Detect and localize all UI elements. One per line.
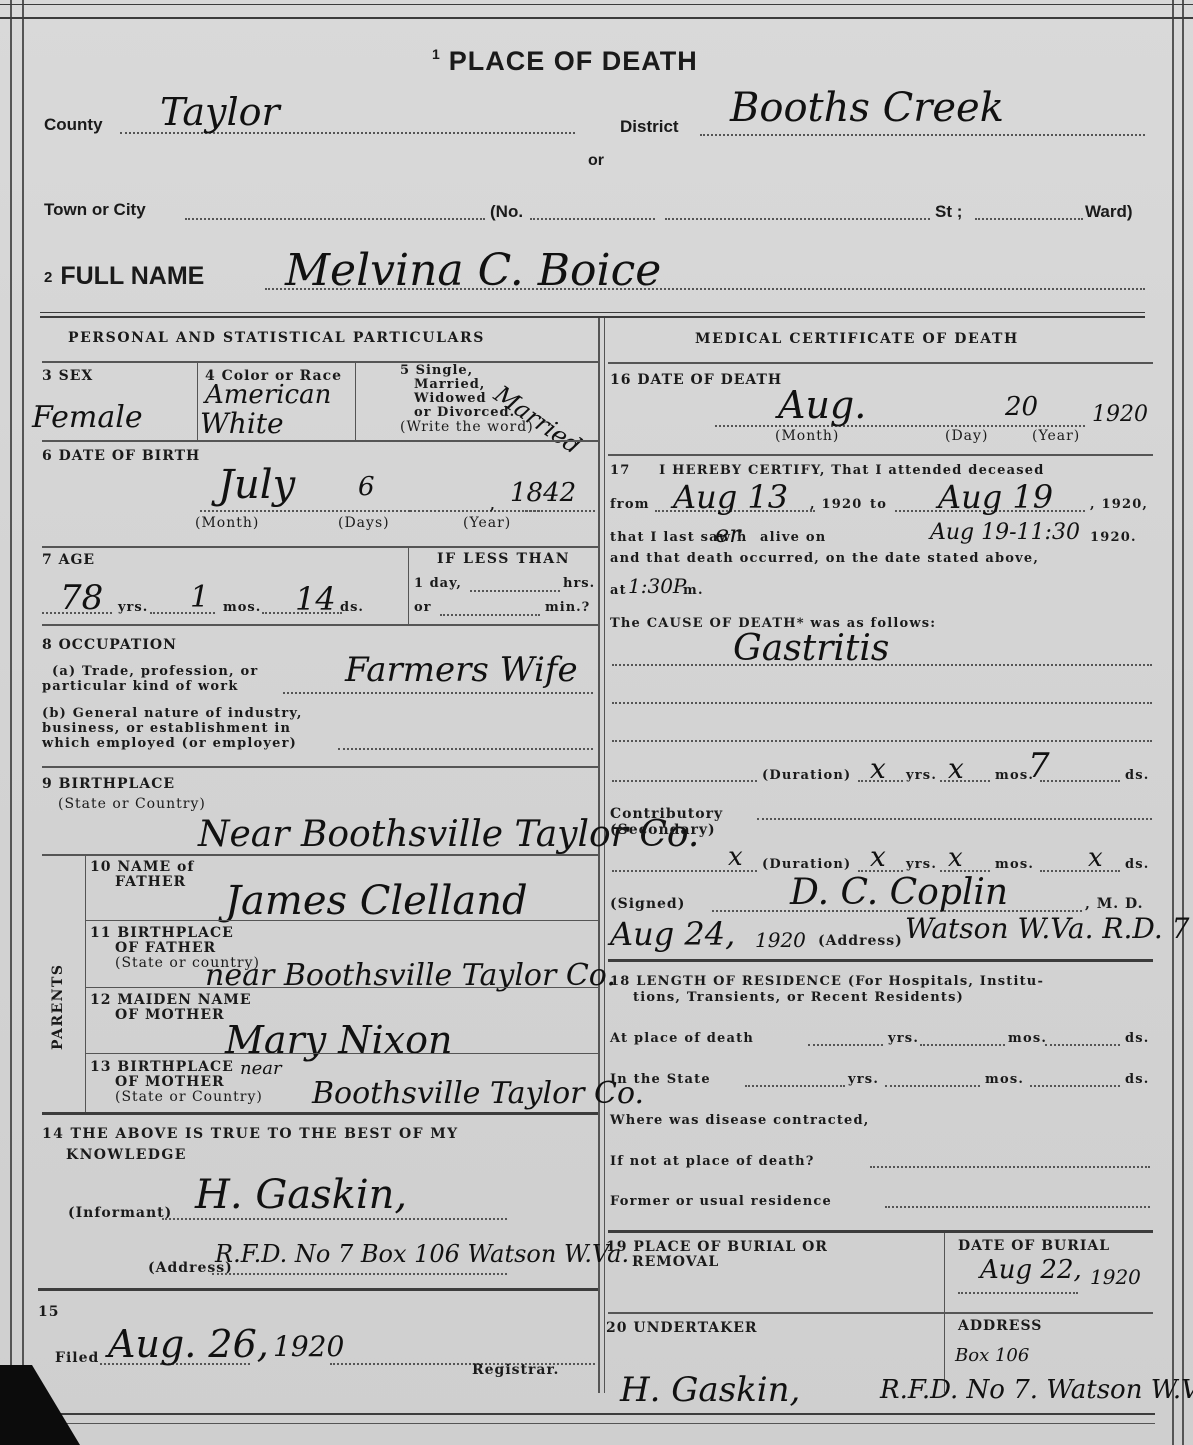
signed-label: (Signed) (610, 896, 685, 912)
undertaker-address-box: Box 106 (955, 1345, 1029, 1366)
st-label: St ; (935, 202, 962, 222)
duration-years: x (870, 752, 886, 785)
parents-side-label: PARENTS (50, 963, 66, 1050)
filed-date: Aug. 26, (108, 1322, 269, 1366)
dod-day: 20 (1005, 392, 1038, 422)
death-occurred-statement: and that death occurred, on the date sta… (610, 551, 1039, 566)
in-the-state-label: In the State (610, 1072, 711, 1087)
if-less-than-label: IF LESS THAN (437, 551, 570, 567)
undertaker-address-label: ADDRESS (958, 1318, 1042, 1334)
dob-label: 6 DATE OF BIRTH (42, 448, 200, 464)
no-label: (No. (490, 202, 523, 222)
column-divider (598, 318, 600, 1393)
informant-value: H. Gaskin, (195, 1172, 407, 1218)
last-saw-value: Aug 19-11:30 (930, 520, 1080, 545)
physician-signature: D. C. Coplin (790, 872, 1008, 913)
contrib-months: x (948, 843, 963, 873)
section-title: 1PLACE OF DEATH (432, 46, 698, 77)
informant-label: (Informant) (68, 1205, 172, 1221)
undertaker-value: H. Gaskin, (620, 1370, 800, 1410)
burial-place-label: 19 PLACE OF BURIAL OR REMOVAL (606, 1240, 828, 1270)
duration-days: 7 (1028, 746, 1050, 786)
race-value-1: American (205, 380, 331, 410)
district-label: District (620, 117, 679, 137)
pronoun-value: er (715, 520, 741, 548)
signed-date: Aug 24, (610, 915, 735, 953)
residence-label: 18 LENGTH OF RESIDENCE (For Hospitals, I… (610, 974, 1044, 989)
border-left-inner (22, 0, 24, 1445)
age-days: 14 (295, 580, 336, 618)
undertaker-address-value: R.F.D. No 7. Watson W.Va. (880, 1375, 1193, 1405)
dob-day: 6 (358, 472, 375, 502)
age-months: 1 (190, 580, 209, 615)
dod-month: Aug. (778, 383, 866, 427)
personal-header: PERSONAL AND STATISTICAL PARTICULARS (68, 330, 485, 346)
duration-months: x (948, 752, 964, 785)
undertaker-label: 20 UNDERTAKER (606, 1320, 758, 1336)
border-top-2 (0, 17, 1193, 19)
mother-birthplace-label: 13 BIRTHPLACE OF MOTHER (State or Countr… (90, 1060, 263, 1105)
mother-birthplace-near: near (240, 1058, 282, 1079)
physician-address-value: Watson W.Va. R.D. 7 (905, 912, 1189, 945)
death-certificate: 1PLACE OF DEATH County Taylor District B… (0, 0, 1193, 1445)
father-name-label: 10 NAME of FATHER (90, 860, 194, 890)
time-of-death: 1:30P (628, 574, 686, 598)
ward-label: Ward) (1085, 202, 1133, 222)
filed-label: Filed (55, 1350, 99, 1366)
county-label: County (44, 115, 103, 135)
burial-date-label: DATE OF BURIAL (958, 1238, 1110, 1254)
contrib-value: x (728, 842, 743, 872)
occupation-label: 8 OCCUPATION (42, 637, 177, 653)
mother-name-value: Mary Nixon (225, 1018, 452, 1062)
birthplace-label: 9 BIRTHPLACE (42, 776, 175, 792)
occupation-value: Farmers Wife (345, 650, 578, 690)
filed-num: 15 (38, 1304, 59, 1320)
full-name-label: 2FULL NAME (44, 262, 204, 291)
town-label: Town or City (44, 200, 146, 220)
physician-address-label: (Address) (818, 933, 903, 949)
mother-birthplace-value: Boothsville Taylor Co. (312, 1076, 644, 1111)
burial-date: Aug 22, (980, 1255, 1082, 1285)
age-years: 78 (60, 578, 103, 618)
informant-statement: 14 THE ABOVE IS TRUE TO THE BEST OF MY (42, 1126, 458, 1142)
border-top-1 (0, 4, 1193, 5)
registrar-label: Registrar. (472, 1362, 559, 1378)
dod-label: 16 DATE OF DEATH (610, 372, 782, 388)
if-not-at-place-label: If not at place of death? (610, 1154, 815, 1169)
filed-year: 1920 (273, 1330, 344, 1363)
dod-year: 1920 (1092, 402, 1148, 427)
dob-year: 1842 (510, 478, 576, 508)
border-right-outer (1182, 0, 1184, 1445)
burial-year: 1920 (1090, 1265, 1141, 1289)
district-value: Booths Creek (730, 85, 1004, 131)
cause-value: Gastritis (733, 628, 889, 669)
at-place-of-death-label: At place of death (610, 1031, 754, 1046)
county-value: Taylor (160, 90, 280, 134)
sex-label: 3 SEX (42, 368, 93, 384)
race-value-2: White (200, 407, 284, 440)
age-label: 7 AGE (42, 552, 95, 568)
contrib-days: x (1088, 843, 1103, 873)
border-left-outer (10, 0, 12, 1445)
dob-month: July (218, 462, 295, 508)
former-residence-label: Former or usual residence (610, 1194, 832, 1209)
where-contracted-label: Where was disease contracted, (610, 1113, 870, 1128)
border-right-inner (1172, 0, 1174, 1445)
contrib-years: x (870, 840, 886, 873)
father-name-value: James Clelland (225, 878, 528, 924)
contributory-label: Contributory (610, 806, 723, 822)
scan-corner-shadow (0, 1365, 80, 1445)
attended-to: Aug 19 (938, 478, 1053, 516)
informant-address-value: R.F.D. No 7 Box 106 Watson W.Va. (215, 1240, 629, 1268)
certify-statement: 17 I HEREBY CERTIFY, That I attended dec… (610, 463, 1045, 478)
signed-year: 1920 (755, 928, 806, 952)
medical-header: MEDICAL CERTIFICATE OF DEATH (695, 331, 1019, 347)
or-label: or (588, 152, 604, 170)
full-name-value: Melvina C. Boice (285, 245, 661, 296)
attended-from: Aug 13 (673, 478, 788, 516)
sex-value: Female (32, 400, 143, 435)
